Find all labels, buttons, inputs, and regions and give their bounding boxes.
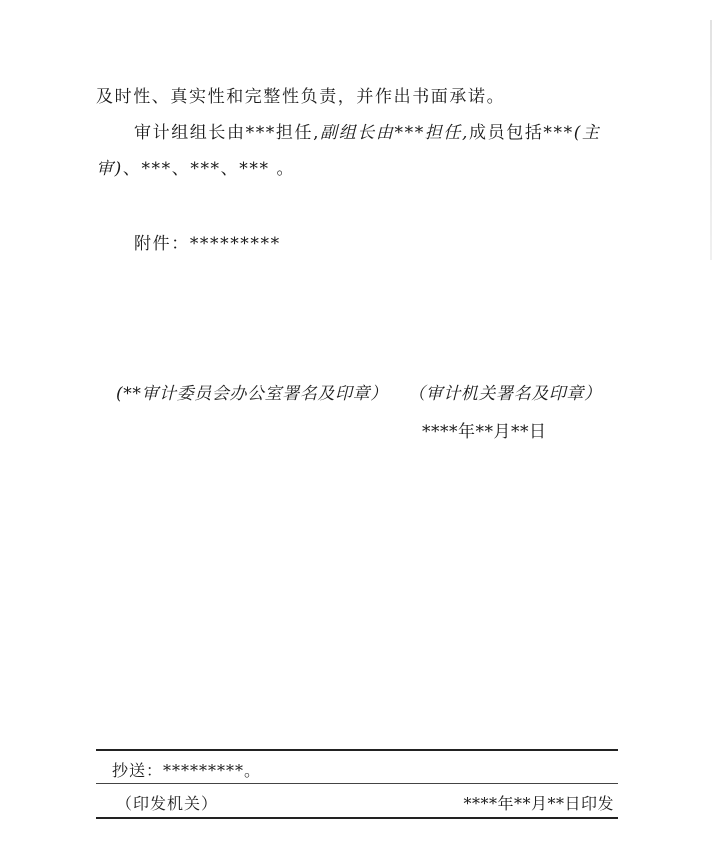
cc-label: 抄送： (112, 761, 163, 780)
audit-leader-text: 审计组组长由***担任, (134, 123, 320, 143)
footer-top-rule (96, 749, 618, 751)
footer-middle-rule (96, 783, 618, 784)
members-text: 成员包括*** (469, 123, 574, 143)
deputy-leader-text: 副组长由***担任, (320, 123, 469, 143)
attachment-line: 附件：********* (134, 233, 281, 255)
body-paragraph-line-1: 及时性、真实性和完整性负责，并作出书面承诺。 (96, 86, 505, 108)
body-paragraph-line-3: 审)、***、***、*** 。 (96, 158, 295, 180)
audit-authority-signature: （审计机关署名及印章） (408, 383, 602, 405)
cc-line: 抄送：*********。 (112, 760, 261, 782)
chief-auditor-paren-open: (主 (574, 123, 601, 143)
issuing-authority: （印发机关） (116, 793, 218, 815)
attachment-label: 附件： (134, 234, 190, 254)
attachment-value: ********* (190, 234, 281, 254)
body-paragraph-line-2: 审计组组长由***担任,副组长由***担任,成员包括***(主 (134, 122, 601, 144)
chief-auditor-paren-close: 审) (96, 159, 123, 179)
committee-office-signature: (**审计委员会办公室署名及印章） (116, 383, 388, 405)
issue-date: ****年**月**日印发 (463, 793, 614, 815)
members-list: 、***、***、*** 。 (123, 159, 295, 179)
footer-bottom-rule (96, 817, 618, 819)
signature-date: ****年**月**日 (422, 421, 547, 443)
cc-value: *********。 (163, 761, 261, 780)
